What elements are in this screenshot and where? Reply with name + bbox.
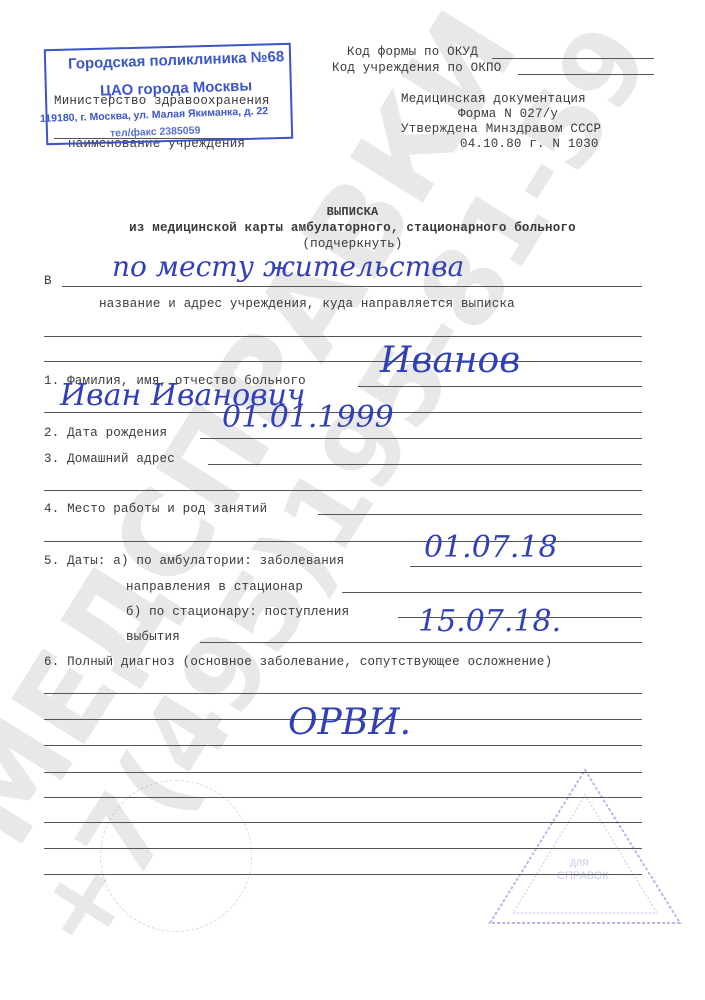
- okud-field[interactable]: [492, 58, 654, 59]
- triangle-stamp-text-2: СПРАВОК: [557, 870, 609, 882]
- med-doc-label: Медицинская документация: [401, 92, 586, 106]
- destination-caption: название и адрес учреждения, куда направ…: [99, 297, 515, 311]
- doc-subtitle: из медицинской карты амбулаторного, стац…: [20, 221, 685, 235]
- diagnosis-field-8[interactable]: [44, 874, 642, 875]
- discharge-date-field[interactable]: [200, 642, 642, 643]
- home-address-label: 3. Домашний адрес: [44, 452, 175, 466]
- diagnosis-field-5[interactable]: [44, 797, 642, 798]
- diagnosis-field-7[interactable]: [44, 848, 642, 849]
- triangle-stamp-text-1: ДЛЯ: [570, 858, 589, 868]
- patient-surname: Иванов: [380, 340, 520, 381]
- destination-field-2[interactable]: [44, 336, 642, 337]
- doc-note: (подчеркнуть): [0, 237, 705, 251]
- form-number: Форма N 027/у: [458, 107, 558, 121]
- diagnosis-field-1[interactable]: [44, 693, 642, 694]
- okpo-field[interactable]: [518, 74, 654, 75]
- workplace-field[interactable]: [318, 514, 642, 515]
- dates-ambulatory-label: 5. Даты: а) по амбулатории: заболевания: [44, 554, 344, 568]
- okpo-label: Код учреждения по ОКПО: [332, 61, 501, 75]
- admission-label: б) по стационару: поступления: [126, 605, 349, 619]
- home-address-field[interactable]: [208, 464, 642, 465]
- patient-name-field[interactable]: [358, 386, 642, 387]
- diagnosis-field-6[interactable]: [44, 822, 642, 823]
- destination-field[interactable]: [62, 286, 642, 287]
- destination-prefix: В: [44, 274, 52, 288]
- approved-by: Утверждена Минздравом СССР: [401, 122, 601, 136]
- home-address-field-2[interactable]: [44, 490, 642, 491]
- discharge-date-value: 15.07.18.: [418, 604, 561, 639]
- referral-date-field[interactable]: [342, 592, 642, 593]
- round-stamp: [100, 780, 252, 932]
- doc-title: ВЫПИСКА: [0, 205, 705, 219]
- birth-date-label: 2. Дата рождения: [44, 426, 167, 440]
- okud-label: Код формы по ОКУД: [347, 45, 478, 59]
- referral-label: направления в стационар: [126, 580, 303, 594]
- birth-date-field[interactable]: [200, 438, 642, 439]
- workplace-label: 4. Место работы и род занятий: [44, 502, 267, 516]
- illness-date-field[interactable]: [410, 566, 642, 567]
- destination-value: по месту жительства: [112, 250, 464, 283]
- diagnosis-value: ОРВИ.: [288, 702, 411, 743]
- discharge-label: выбытия: [126, 630, 180, 644]
- diagnosis-field-4[interactable]: [44, 772, 642, 773]
- diagnosis-field-3[interactable]: [44, 745, 642, 746]
- diagnosis-label: 6. Полный диагноз (основное заболевание,…: [44, 655, 552, 669]
- destination-field-3[interactable]: [44, 361, 642, 362]
- birth-date-value: 01.01.1999: [222, 400, 394, 435]
- illness-date-value: 01.07.18: [424, 530, 558, 565]
- approved-date: 04.10.80 г. N 1030: [460, 137, 599, 151]
